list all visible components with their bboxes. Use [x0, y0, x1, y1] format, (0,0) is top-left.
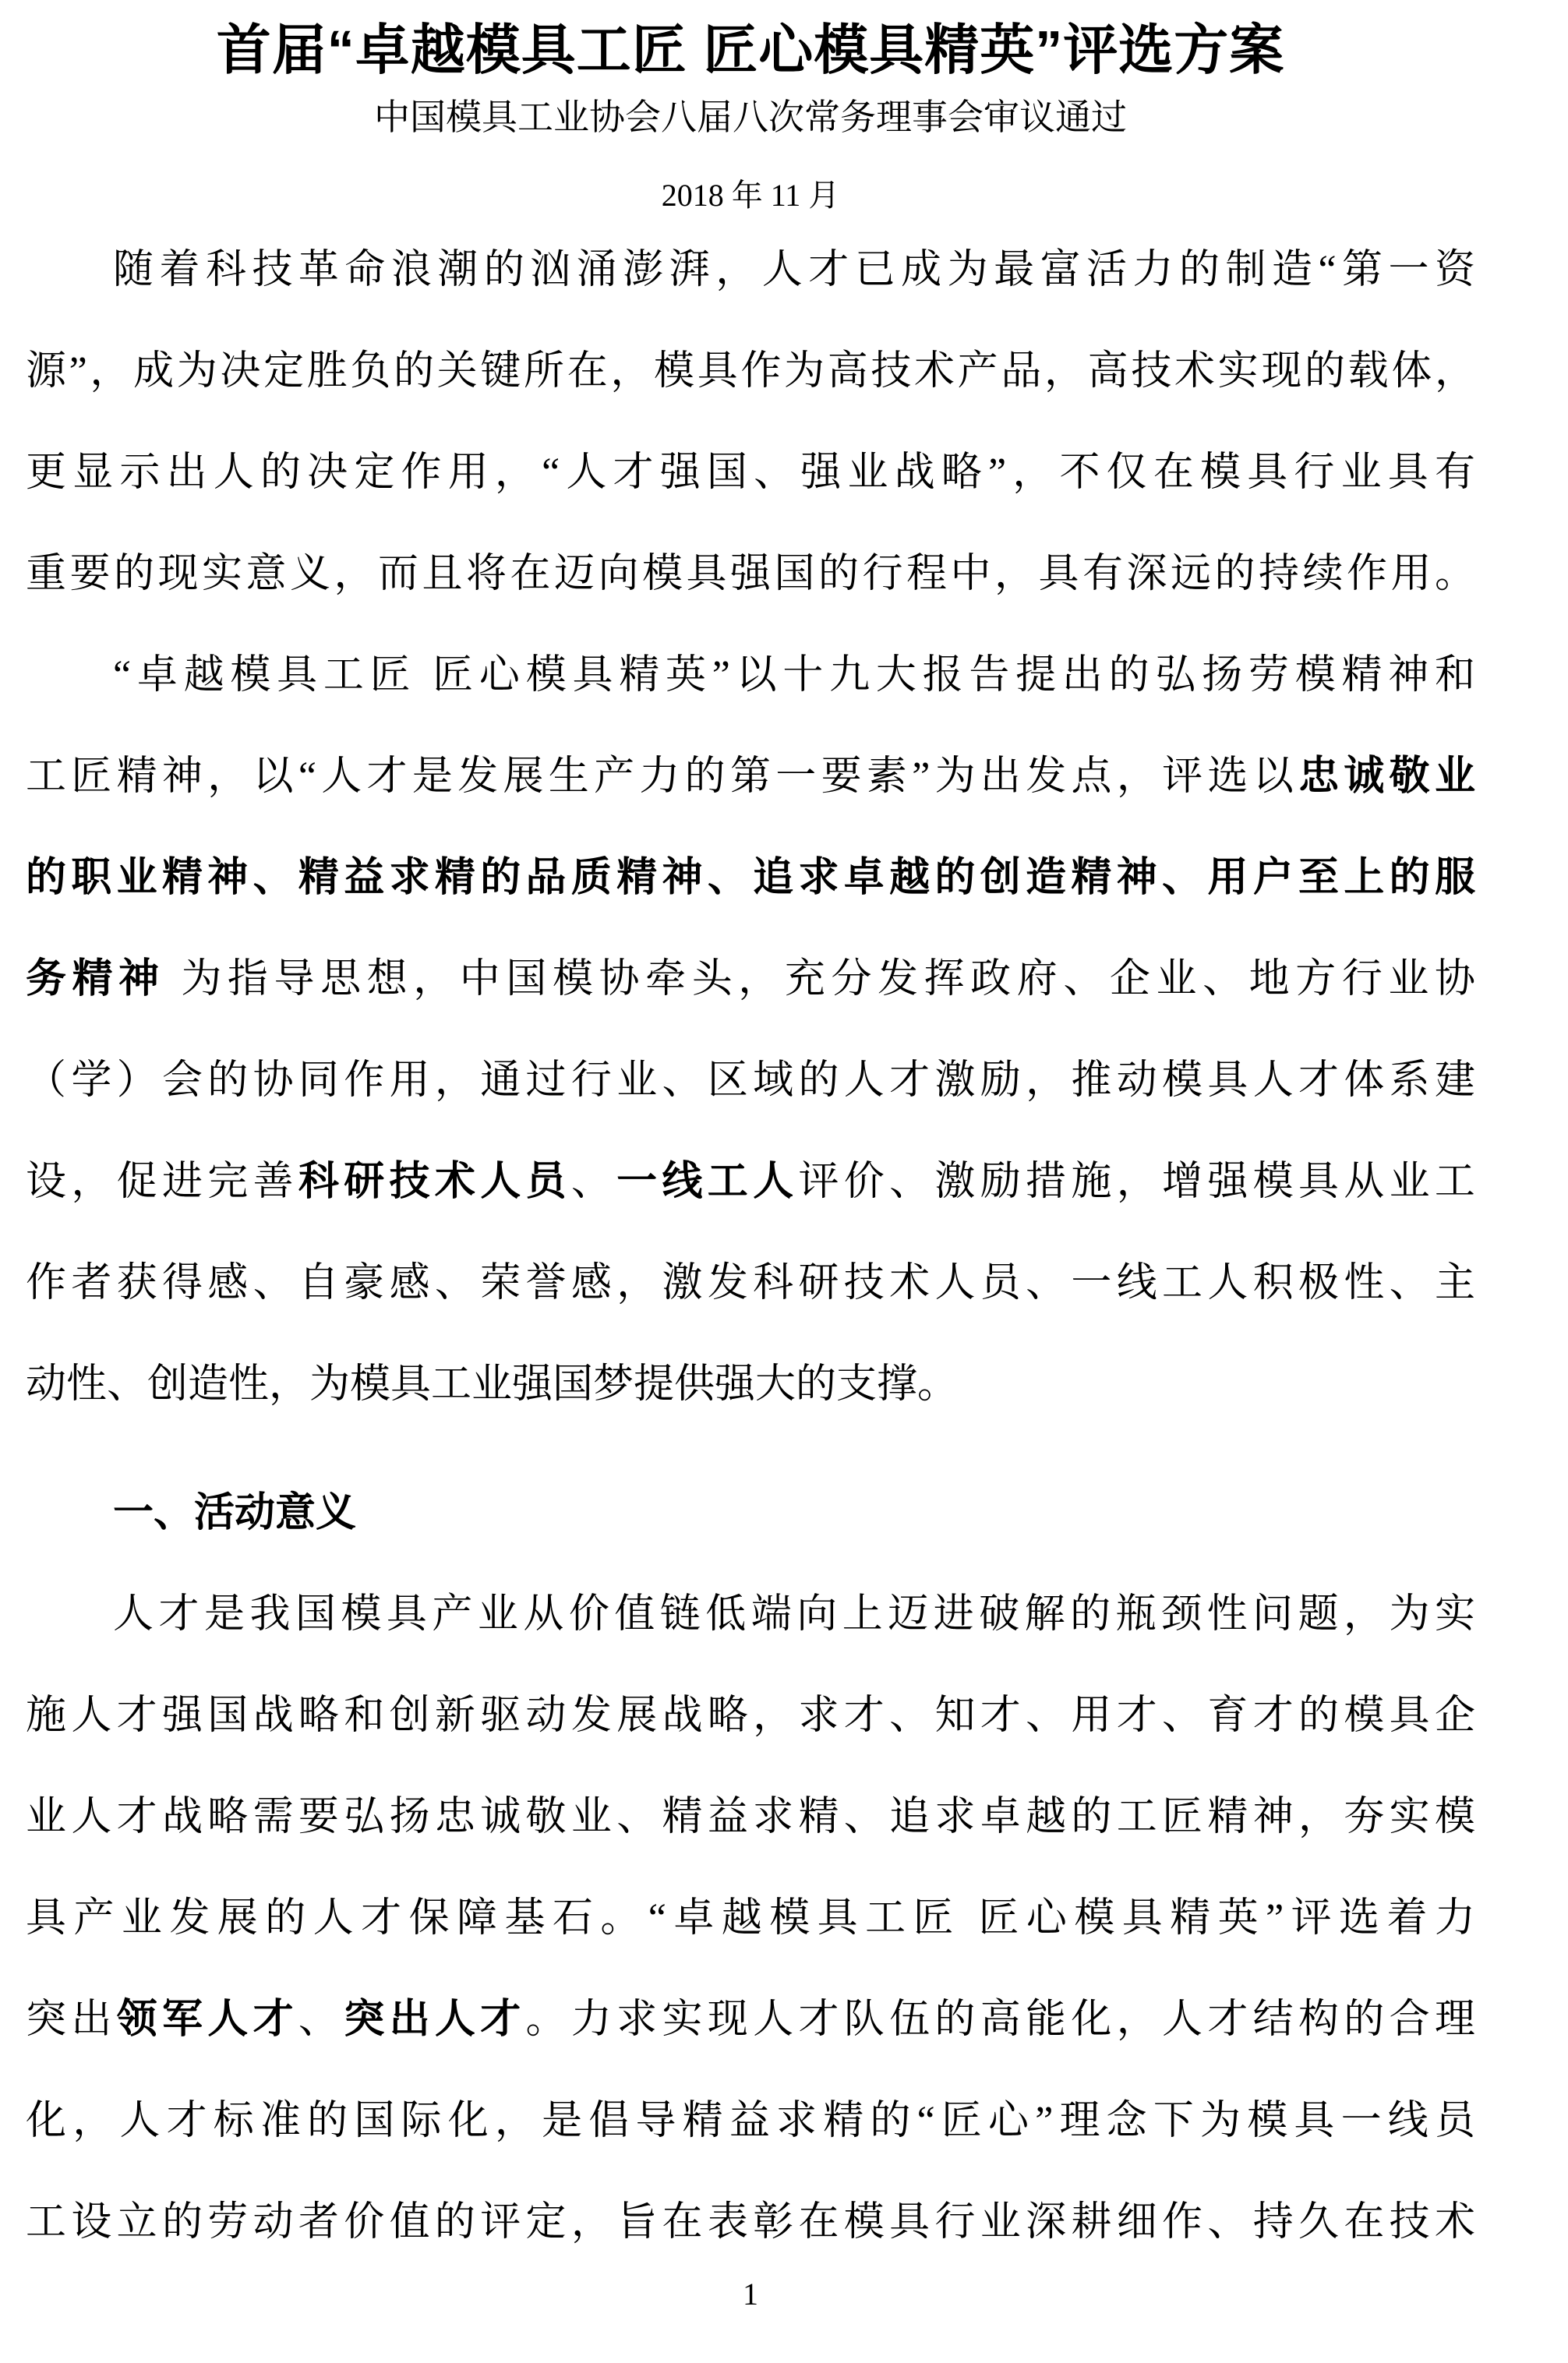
text-line: 突出领军人才、突出人才。力求实现人才队伍的高能化，人才结构的合理 — [26, 1969, 1475, 2071]
text-segment: 。力求实现人才队伍的高能化，人才结构的合理 — [526, 1997, 1475, 2042]
document-body: 随着科技革命浪潮的汹涌澎湃，人才已成为最富活力的制造“第一资源”，成为决定胜负的… — [26, 220, 1475, 2273]
document-content: 首届“卓越模具工匠 匠心模具精英”评选方案 中国模具工业协会八届八次常务理事会审… — [0, 17, 1568, 2273]
bold-text-segment: 的职业精神、精益求精的品质精神、追求卓越的创造精神、用户至上的服 — [26, 856, 1475, 900]
text-line: 更显示出人的决定作用，“人才强国、强业战略”，不仅在模具行业具有 — [26, 422, 1475, 524]
text-line: 施人才强国战略和创新驱动发展战略，求才、知才、用才、育才的模具企 — [26, 1665, 1475, 1767]
document-subtitle: 中国模具工业协会八届八次常务理事会审议通过 — [26, 95, 1475, 140]
bold-text-segment: 一线工人 — [616, 1160, 798, 1204]
text-line: “卓越模具工匠 匠心模具精英”以十九大报告提出的弘扬劳模精神和 — [26, 625, 1475, 726]
text-line: 化，人才标准的国际化，是倡导精益求精的“匠心”理念下为模具一线员 — [26, 2071, 1475, 2172]
text-line: 工匠精神，以“人才是发展生产力的第一要素”为出发点，评选以忠诚敬业 — [26, 726, 1475, 828]
document-date: 2018 年 11 月 — [26, 176, 1475, 215]
document-title: 首届“卓越模具工匠 匠心模具精英”评选方案 — [26, 17, 1475, 83]
text-line: 工设立的劳动者价值的评定，旨在表彰在模具行业深耕细作、持久在技术 — [26, 2172, 1475, 2273]
text-segment: 随着科技革命浪潮的汹涌澎湃，人才已成为最富活力的制造“第一资 — [113, 248, 1475, 292]
text-segment: 施人才强国战略和创新驱动发展战略，求才、知才、用才、育才的模具企 — [26, 1694, 1475, 1738]
text-line: 的职业精神、精益求精的品质精神、追求卓越的创造精神、用户至上的服 — [26, 828, 1475, 929]
text-line: 务精神 为指导思想，中国模协牵头，充分发挥政府、企业、地方行业协 — [26, 929, 1475, 1030]
text-segment: 人才是我国模具产业从价值链低端向上迈进破解的瓶颈性问题，为实 — [113, 1592, 1475, 1637]
text-segment: “卓越模具工匠 匠心模具精英”以十九大报告提出的弘扬劳模精神和 — [113, 653, 1475, 698]
bold-text-segment: 科研技术人员 — [298, 1160, 571, 1204]
text-line: 动性、创造性，为模具工业强国梦提供强大的支撑。 — [26, 1334, 1475, 1436]
text-line: 具产业发展的人才保障基石。“卓越模具工匠 匠心模具精英”评选着力 — [26, 1868, 1475, 1969]
text-segment: 设，促进完善 — [26, 1160, 298, 1204]
text-segment: 作者获得感、自豪感、荣誉感，激发科研技术人员、一线工人积极性、主 — [26, 1261, 1475, 1305]
text-line: 作者获得感、自豪感、荣誉感，激发科研技术人员、一线工人积极性、主 — [26, 1233, 1475, 1334]
text-segment: 突出 — [26, 1997, 117, 2042]
text-line: 设，促进完善科研技术人员、一线工人评价、激励措施，增强模具从业工 — [26, 1132, 1475, 1233]
text-segment: 工匠精神，以“人才是发展生产力的第一要素”为出发点，评选以 — [26, 754, 1298, 799]
text-segment: 为指导思想，中国模协牵头，充分发挥政府、企业、地方行业协 — [165, 957, 1475, 1001]
text-segment: 业人才战略需要弘扬忠诚敬业、精益求精、追求卓越的工匠精神，夯实模 — [26, 1795, 1475, 1839]
text-segment: 化，人才标准的国际化，是倡导精益求精的“匠心”理念下为模具一线员 — [26, 2099, 1475, 2143]
text-line: 重要的现实意义，而且将在迈向模具强国的行程中，具有深远的持续作用。 — [26, 524, 1475, 625]
bold-text-segment: 领军人才 — [117, 1997, 298, 2042]
bold-text-segment: 一、活动意义 — [113, 1491, 356, 1535]
text-segment: 、 — [298, 1997, 344, 2042]
text-line: 业人才战略需要弘扬忠诚敬业、精益求精、追求卓越的工匠精神，夯实模 — [26, 1767, 1475, 1868]
text-segment: 工设立的劳动者价值的评定，旨在表彰在模具行业深耕细作、持久在技术 — [26, 2200, 1475, 2245]
text-segment: 更显示出人的决定作用，“人才强国、强业战略”，不仅在模具行业具有 — [26, 450, 1475, 495]
bold-text-segment: 务精神 — [26, 957, 165, 1001]
section-heading: 一、活动意义 — [26, 1463, 1475, 1564]
page-number: 1 — [26, 2277, 1475, 2312]
bold-text-segment: 突出人才 — [344, 1997, 525, 2042]
text-line: 随着科技革命浪潮的汹涌澎湃，人才已成为最富活力的制造“第一资 — [26, 220, 1475, 321]
text-segment: 评价、激励措施，增强模具从业工 — [798, 1160, 1474, 1204]
text-line: 源”，成为决定胜负的关键所在，模具作为高技术产品，高技术实现的载体， — [26, 321, 1475, 422]
text-line: （学）会的协同作用，通过行业、区域的人才激励，推动模具人才体系建 — [26, 1030, 1475, 1132]
text-segment: 、 — [571, 1160, 616, 1204]
text-segment: 动性、创造性，为模具工业强国梦提供强大的支撑。 — [26, 1362, 958, 1407]
bold-text-segment: 忠诚敬业 — [1298, 754, 1475, 799]
document-page: 首届“卓越模具工匠 匠心模具精英”评选方案 中国模具工业协会八届八次常务理事会审… — [0, 0, 1568, 2363]
text-line: 人才是我国模具产业从价值链低端向上迈进破解的瓶颈性问题，为实 — [26, 1564, 1475, 1665]
text-segment: 具产业发展的人才保障基石。“卓越模具工匠 匠心模具精英”评选着力 — [26, 1896, 1475, 1941]
text-segment: 重要的现实意义，而且将在迈向模具强国的行程中，具有深远的持续作用。 — [26, 552, 1475, 596]
text-segment: （学）会的协同作用，通过行业、区域的人才激励，推动模具人才体系建 — [26, 1058, 1475, 1103]
text-segment: 源”，成为决定胜负的关键所在，模具作为高技术产品，高技术实现的载体， — [26, 349, 1475, 394]
